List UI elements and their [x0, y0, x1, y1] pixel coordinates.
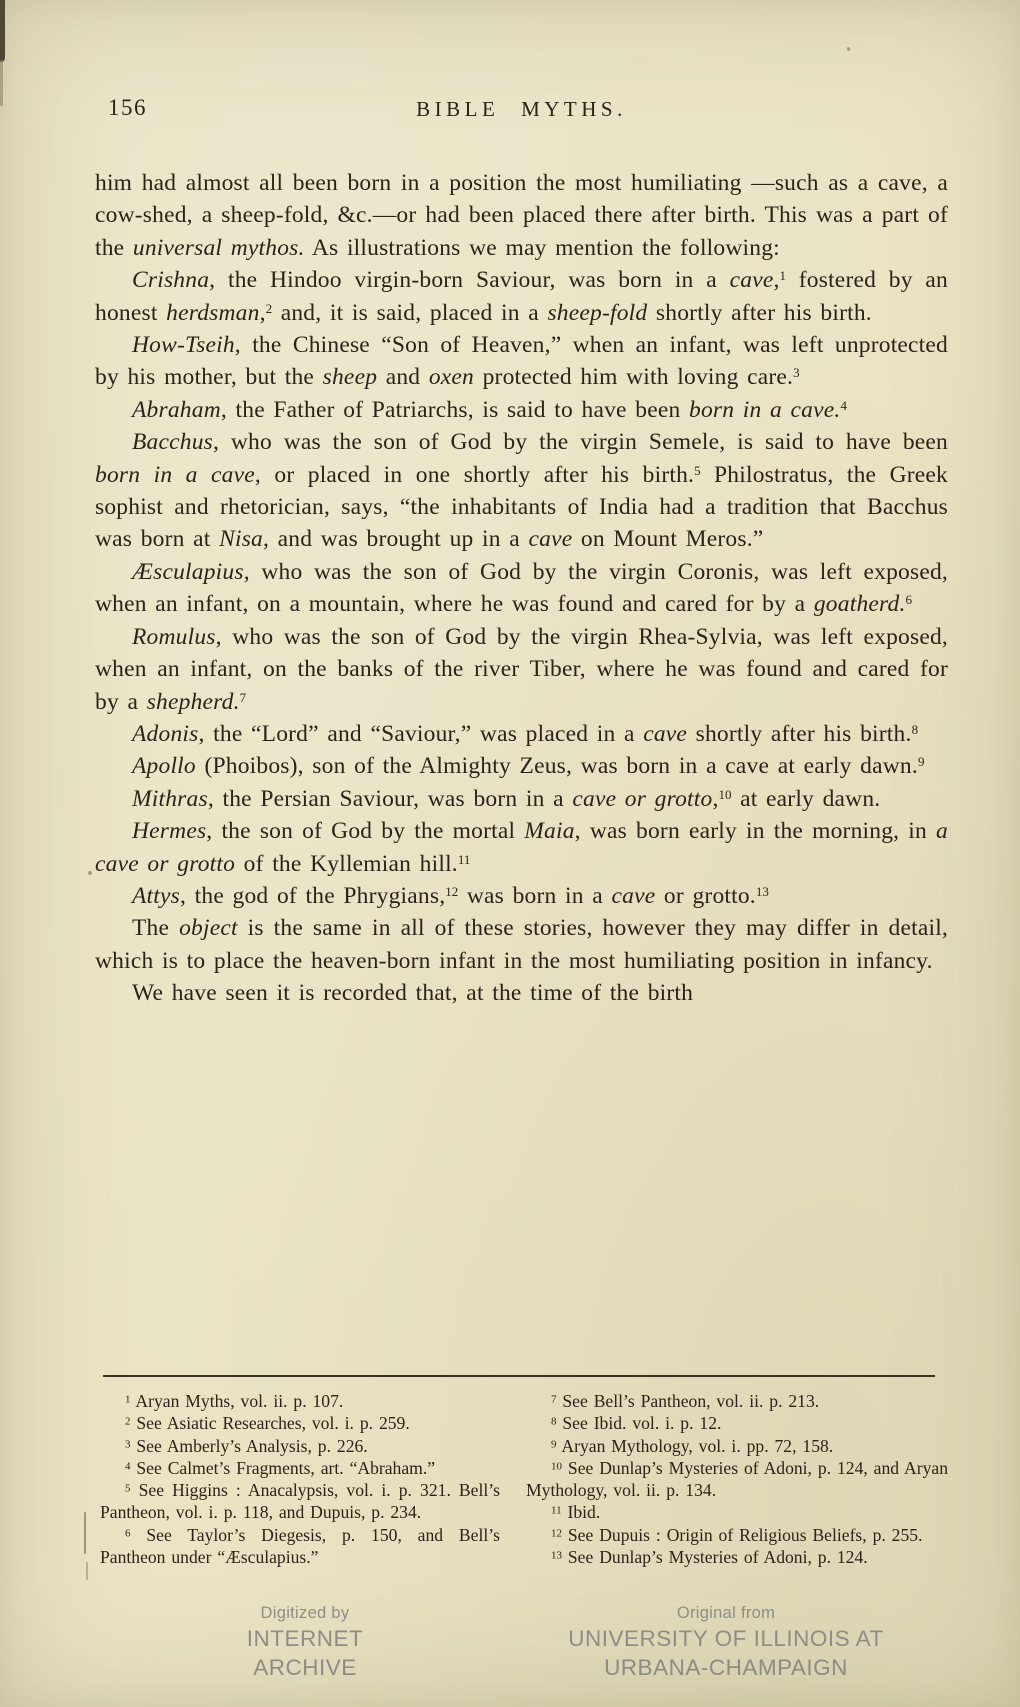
footnote-text: See Ibid. vol. i. p. 12. [557, 1413, 722, 1433]
footnote-text: Ibid. [562, 1502, 601, 1522]
footnote-ref: 11 [458, 852, 471, 867]
footnote-text: See Bell’s Pantheon, vol. ii. p. 213. [557, 1391, 820, 1411]
italic-text: Adonis [132, 721, 198, 747]
italic-text: born in a cave. [689, 397, 840, 423]
text-run: , or placed in one shortly after his bir… [255, 462, 694, 488]
footnote-number: 13 [551, 1550, 562, 1562]
footnote-text: See Asiatic Researches, vol. i. p. 259. [131, 1413, 410, 1433]
text-run: , the son of God by the mortal [206, 818, 524, 844]
paragraph: Æsculapius, who was the son of God by th… [95, 556, 948, 621]
italic-text: universal mythos. [133, 235, 305, 261]
digitized-by-credit: Digitized by INTERNET ARCHIVE [195, 1602, 415, 1682]
italic-text: Nisa [219, 526, 263, 552]
text-run: , who was the son of God by the virgin S… [213, 429, 948, 455]
text-run: We have seen it is recorded that, at the… [132, 980, 693, 1006]
text-run: , the Hindoo virgin-born Saviour, was bo… [209, 267, 729, 293]
text-run: (Phoibos), son of the Almighty Zeus, was… [196, 753, 918, 779]
footnote-ref: 8 [912, 722, 919, 737]
footnote-text: See Amberly’s Analysis, p. 226. [131, 1436, 368, 1456]
italic-text: cave [730, 267, 774, 293]
italic-text: shepherd. [147, 689, 240, 715]
italic-text: cave [643, 721, 687, 747]
footnote: 3 See Amberly’s Analysis, p. 226. [100, 1435, 500, 1457]
text-run: , was born early in the morning, in [575, 818, 936, 844]
footnote: 1 Aryan Myths, vol. ii. p. 107. [100, 1390, 500, 1412]
italic-text: Romulus [132, 624, 216, 650]
text-run: , the Persian Saviour, was born in a [208, 786, 573, 812]
paragraph: Mithras, the Persian Saviour, was born i… [95, 783, 948, 815]
paragraph: Hermes, the son of God by the mortal Mai… [95, 815, 948, 880]
text-run: or grotto. [655, 883, 756, 909]
footnote: 11 Ibid. [526, 1501, 948, 1523]
italic-text: cave [529, 526, 573, 552]
footnote-ref: 9 [918, 754, 925, 769]
text-run: , and was brought up in a [263, 526, 529, 552]
paragraph: Adonis, the “Lord” and “Saviour,” was pl… [95, 718, 948, 750]
original-from-label: Original from [566, 1602, 886, 1625]
scan-edge-artifact [0, 0, 5, 62]
italic-text: born in a cave [95, 462, 255, 488]
footnotes-left-column: 1 Aryan Myths, vol. ii. p. 107.2 See Asi… [100, 1390, 500, 1568]
footnote-text: See Calmet’s Fragments, art. “Abraham.” [131, 1458, 436, 1478]
paragraph: Apollo (Phoibos), son of the Almighty Ze… [95, 750, 948, 782]
original-from-credit: Original from UNIVERSITY OF ILLINOIS AT … [566, 1602, 886, 1682]
text-run: on Mount Meros.” [572, 526, 763, 552]
running-title: BIBLE MYTHS. [95, 97, 948, 121]
footnote: 2 See Asiatic Researches, vol. i. p. 259… [100, 1412, 500, 1434]
footnote-number: 11 [551, 1505, 562, 1517]
italic-text: Attys [132, 883, 180, 909]
text-run: protected him with loving care. [474, 364, 793, 390]
footnote-text: See Dupuis : Origin of Religious Beliefs… [562, 1525, 922, 1545]
italic-text: Maia [524, 818, 574, 844]
footnote-ref: 13 [756, 884, 769, 899]
text-run: shortly after his birth. [687, 721, 912, 747]
original-from-line2: URBANA-CHAMPAIGN [566, 1654, 886, 1683]
footnote: 12 See Dupuis : Origin of Religious Beli… [526, 1524, 948, 1546]
footnote-number: 12 [551, 1527, 562, 1539]
italic-text: Æsculapius [132, 559, 244, 585]
italic-text: How-Tseih [132, 332, 235, 358]
margin-pencil-mark [84, 1512, 86, 1554]
italic-text: herdsman [166, 300, 259, 326]
italic-text: sheep [323, 364, 378, 390]
italic-text: goatherd. [814, 591, 906, 617]
original-from-line1: UNIVERSITY OF ILLINOIS AT [566, 1625, 886, 1654]
italic-text: oxen [429, 364, 474, 390]
paragraph: How-Tseih, the Chinese “Son of Heaven,” … [95, 329, 948, 394]
text-run: was born in a [458, 883, 611, 909]
footnote-ref: 3 [793, 365, 800, 380]
paragraph: Crishna, the Hindoo virgin-born Saviour,… [95, 264, 948, 329]
italic-text: cave or grotto [572, 786, 712, 812]
footnotes-right-column: 7 See Bell’s Pantheon, vol. ii. p. 213.8… [526, 1390, 948, 1568]
digitized-by-label: Digitized by [195, 1602, 415, 1625]
paragraph: Attys, the god of the Phrygians,12 was b… [95, 880, 948, 912]
footnote-text: Aryan Mythology, vol. i. pp. 72, 158. [557, 1436, 834, 1456]
text-run: at early dawn. [732, 786, 881, 812]
scan-edge-artifact [0, 60, 3, 106]
footnote-text: See Dunlap’s Mysteries of Adoni, p. 124. [562, 1547, 868, 1567]
footnotes: 1 Aryan Myths, vol. ii. p. 107.2 See Asi… [100, 1390, 948, 1568]
italic-text: sheep-fold [547, 300, 647, 326]
paragraph: Abraham, the Father of Patriarchs, is sa… [95, 394, 948, 426]
italic-text: Mithras [132, 786, 208, 812]
footnote-text: See Taylor’s Diegesis, p. 150, and Bell’… [100, 1525, 500, 1567]
footnote-text: Aryan Myths, vol. ii. p. 107. [131, 1391, 344, 1411]
footnote-ref: 4 [840, 398, 847, 413]
footnote: 8 See Ibid. vol. i. p. 12. [526, 1412, 948, 1434]
italic-text: Crishna [132, 267, 209, 293]
text-run: , the god of the Phrygians, [180, 883, 445, 909]
body-text: him had almost all been born in a positi… [95, 167, 948, 1010]
text-run: The [132, 915, 179, 941]
footnote: 13 See Dunlap’s Mysteries of Adoni, p. 1… [526, 1546, 948, 1568]
footnote: 9 Aryan Mythology, vol. i. pp. 72, 158. [526, 1435, 948, 1457]
italic-text: cave [612, 883, 656, 909]
text-run: , the Father of Patriarchs, is said to h… [221, 397, 689, 423]
footnote-ref: 6 [906, 592, 913, 607]
italic-text: Abraham [132, 397, 221, 423]
text-run: and [377, 364, 429, 390]
footnote: 7 See Bell’s Pantheon, vol. ii. p. 213. [526, 1390, 948, 1412]
footnote: 6 See Taylor’s Diegesis, p. 150, and Bel… [100, 1524, 500, 1569]
ink-speck [88, 871, 92, 875]
footnote: 4 See Calmet’s Fragments, art. “Abraham.… [100, 1457, 500, 1479]
footnote-ref: 10 [719, 787, 732, 802]
italic-text: object [179, 915, 238, 941]
italic-text: Hermes [132, 818, 206, 844]
footnote: 5 See Higgins : Anacalypsis, vol. i. p. … [100, 1479, 500, 1524]
footnote-number: 10 [551, 1460, 562, 1472]
paragraph: We have seen it is recorded that, at the… [95, 977, 948, 1009]
text-run: shortly after his birth. [647, 300, 872, 326]
footnote-ref: 12 [445, 884, 458, 899]
paragraph: Romulus, who was the son of God by the v… [95, 621, 948, 718]
footnote-ref: 7 [240, 690, 247, 705]
italic-text: Apollo [132, 753, 196, 779]
italic-text: Bacchus [132, 429, 213, 455]
text-run: and, it is said, placed in a [272, 300, 547, 326]
footnote-text: See Higgins : Anacalypsis, vol. i. p. 32… [100, 1480, 500, 1522]
margin-pencil-mark [86, 1562, 88, 1580]
footnote: 10 See Dunlap’s Mysteries of Adoni, p. 1… [526, 1457, 948, 1502]
digitized-by-name: INTERNET ARCHIVE [195, 1625, 415, 1682]
paragraph: him had almost all been born in a positi… [95, 167, 948, 264]
footnote-divider-rule [103, 1375, 935, 1377]
book-page-scan: 156 BIBLE MYTHS. him had almost all been… [0, 0, 1020, 1707]
text-run: of the Kyllemian hill. [235, 851, 458, 877]
ink-speck [847, 47, 850, 51]
text-run: , the “Lord” and “Saviour,” was placed i… [198, 721, 643, 747]
footnote-text: See Dunlap’s Mysteries of Adoni, p. 124,… [526, 1458, 948, 1500]
paragraph: The object is the same in all of these s… [95, 912, 948, 977]
text-run: As illustrations we may mention the foll… [305, 235, 780, 261]
paragraph: Bacchus, who was the son of God by the v… [95, 426, 948, 556]
